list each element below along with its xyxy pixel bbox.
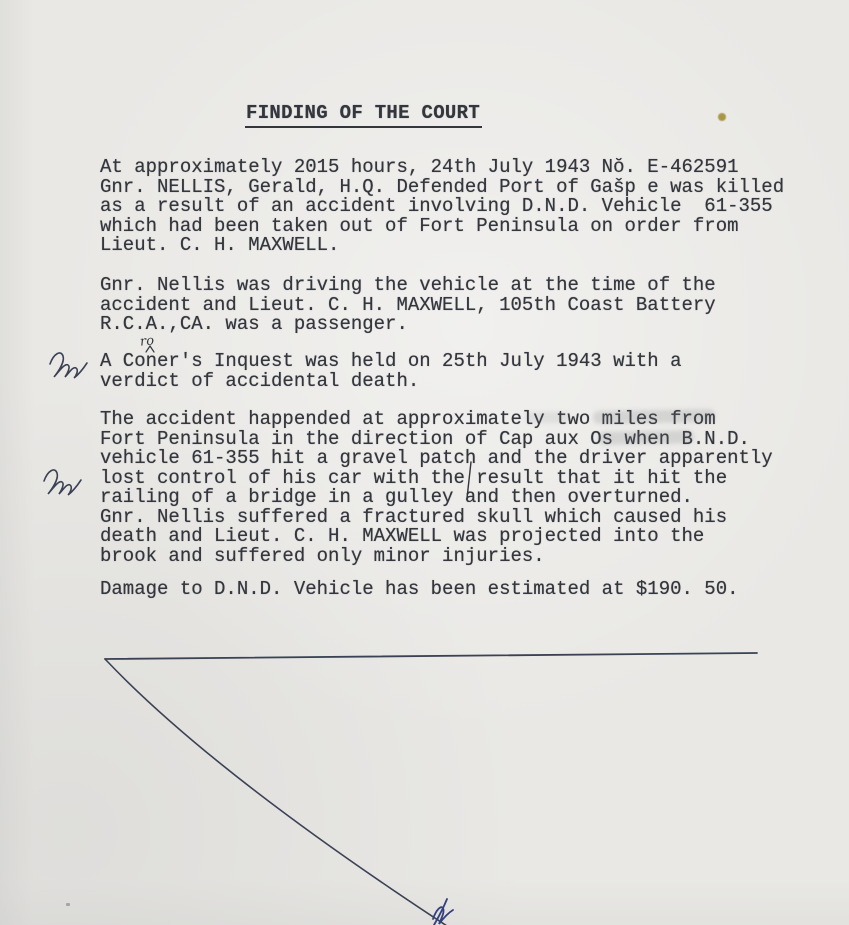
pencil-smudge (525, 412, 569, 423)
handwritten-insertion-text: ro (139, 333, 155, 349)
pen-diagonal-stroke (105, 659, 447, 925)
margin-w-mark-2 (44, 470, 81, 495)
blue-pen-scribble (434, 899, 447, 925)
scanned-document-page: FINDING OF THE COURT At approximately 20… (0, 0, 849, 925)
margin-w-mark-1 (50, 353, 87, 378)
paper-stain-dot (718, 113, 726, 121)
blue-pen-scribble (433, 907, 453, 924)
paragraph-driver: Gnr. Nellis was driving the vehicle at t… (100, 276, 716, 335)
paragraph-damage-estimate: Damage to D.N.D. Vehicle has been estima… (100, 580, 739, 600)
pencil-smudge (598, 430, 694, 445)
pencil-smudge (593, 409, 715, 424)
document-title: FINDING OF THE COURT (245, 102, 482, 128)
paragraph-opening: At approximately 2015 hours, 24th July 1… (100, 158, 784, 256)
paragraph-inquest: A Coner's Inquest was held on 25th July … (100, 352, 682, 391)
paper-speck (66, 903, 70, 906)
pen-horizontal-rule (105, 653, 757, 659)
